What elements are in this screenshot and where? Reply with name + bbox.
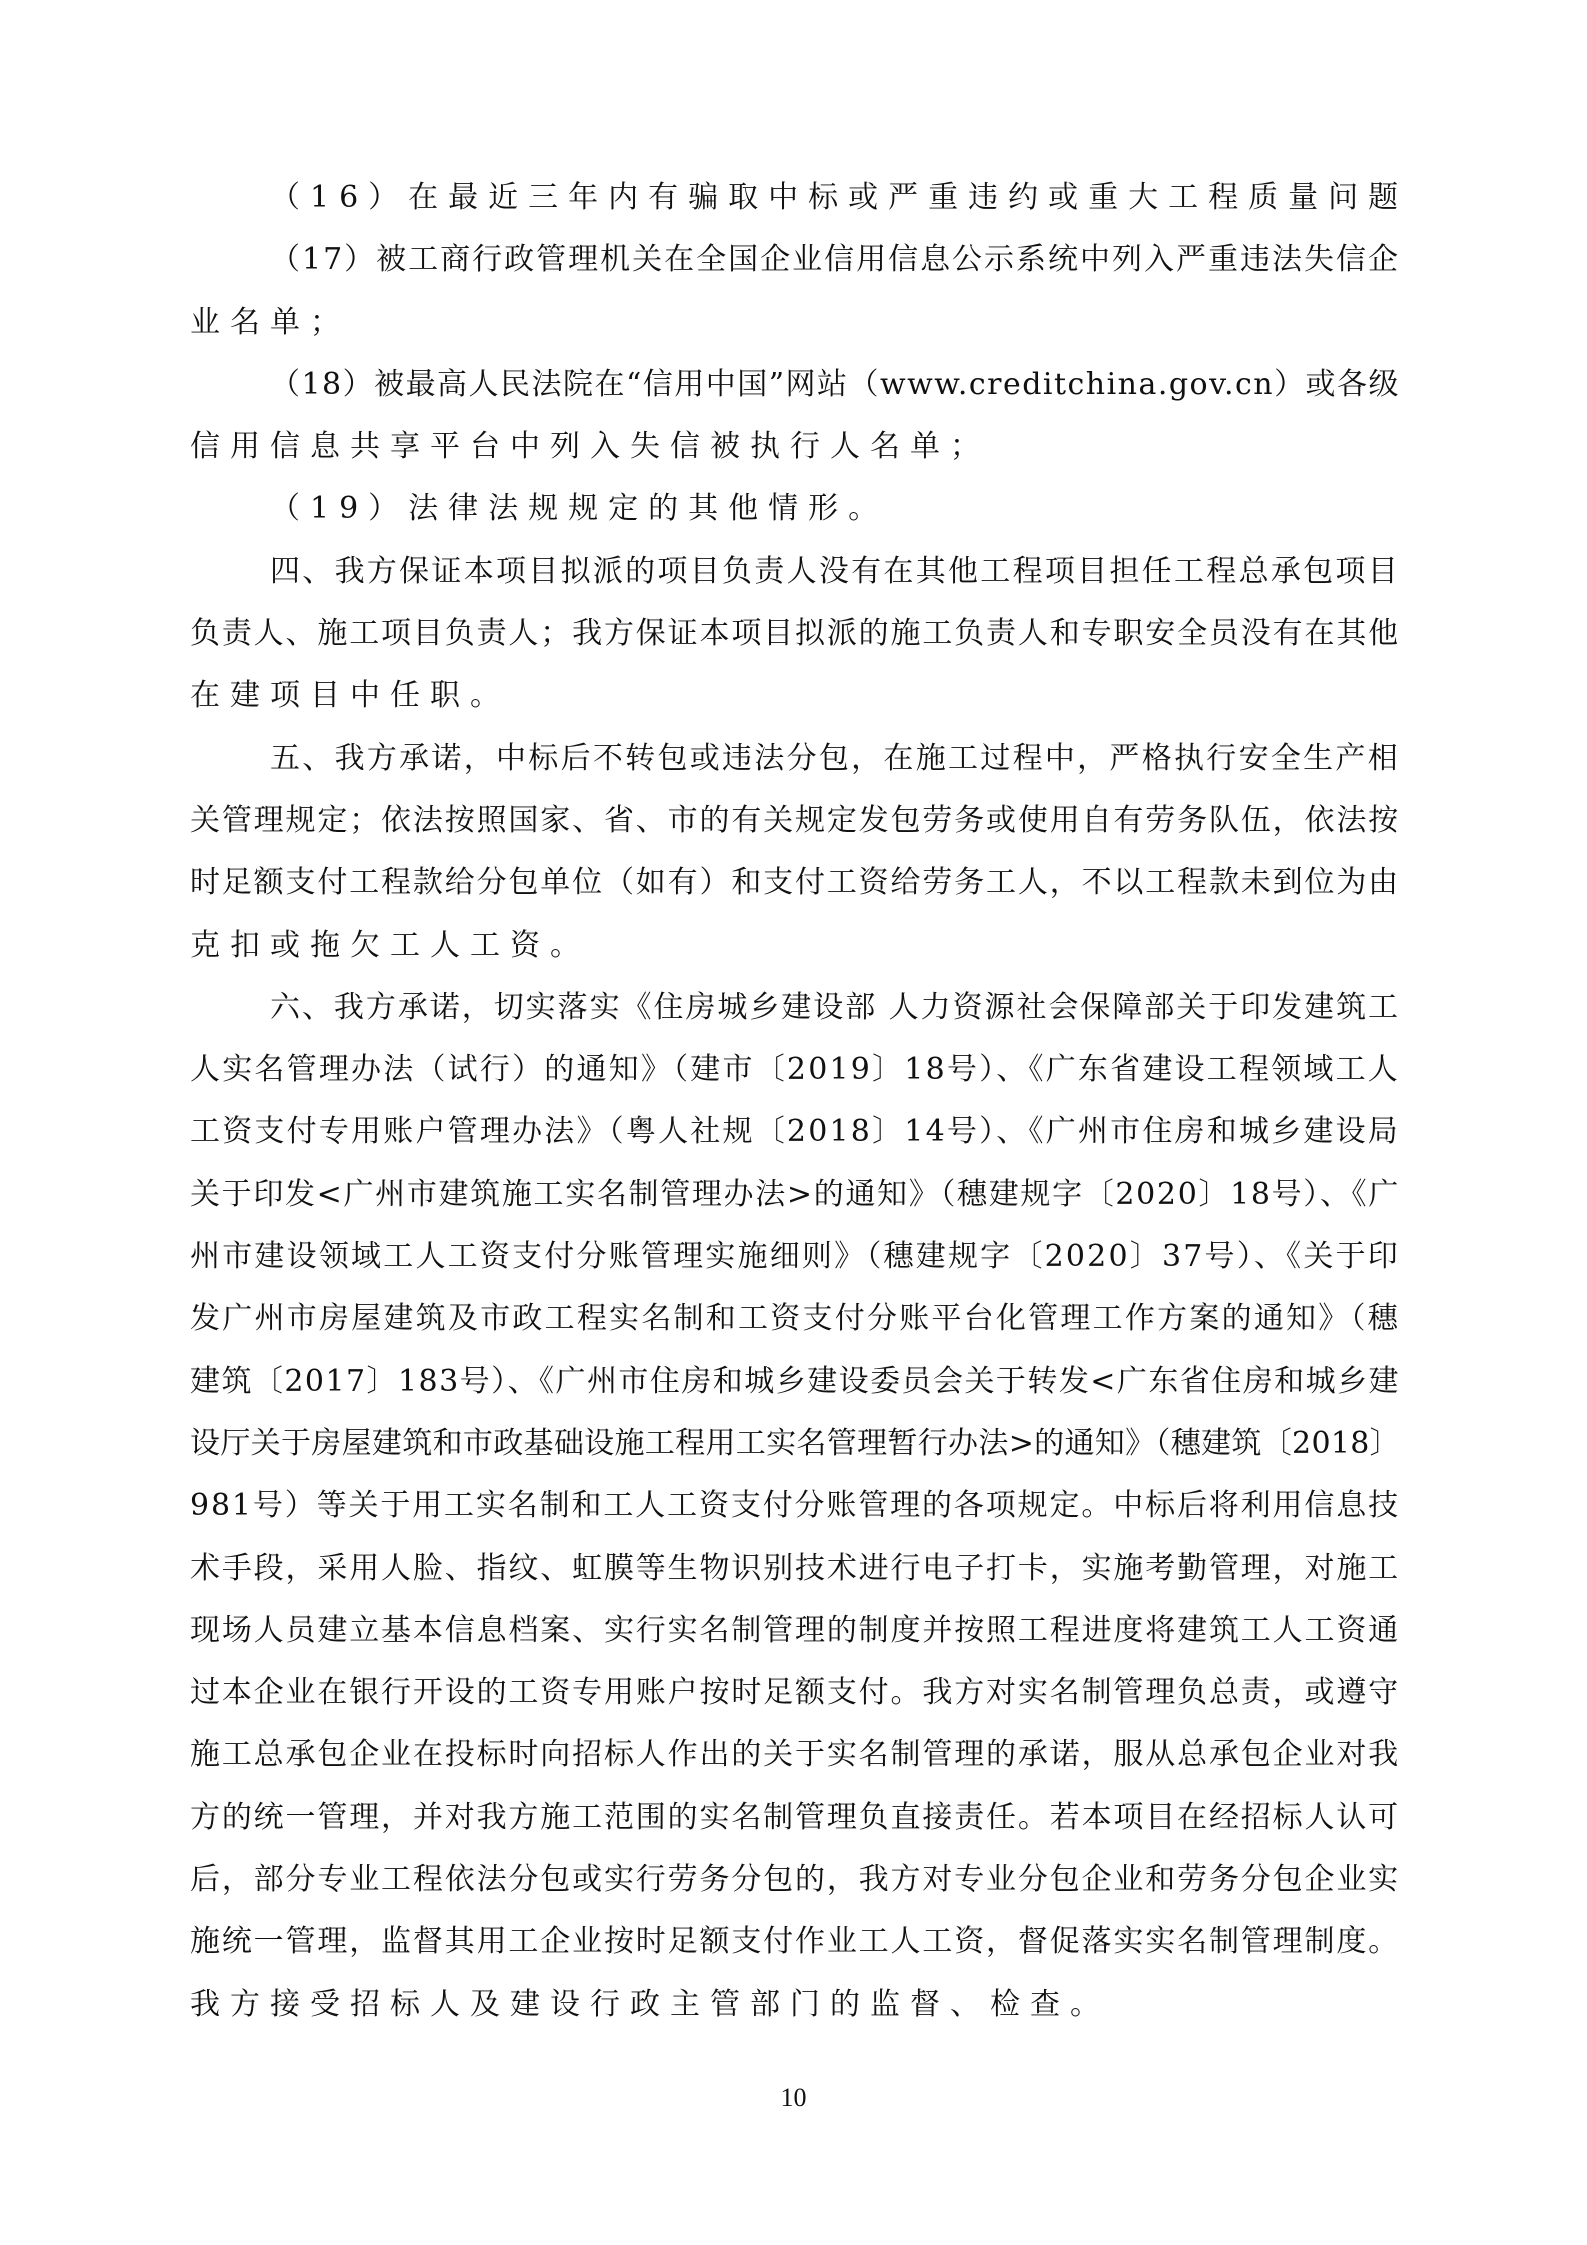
text-line: 981号）等关于用工实名制和工人工资支付分账管理的各项规定。中标后将利用信息技 [190,1475,1400,1537]
text-line: 建筑〔2017〕183号）、《广州市住房和城乡建设委员会关于转发<广东省住房和城… [190,1351,1400,1413]
paragraph-item-18: （18）被最高人民法院在“信用中国”网站（www.creditchina.gov… [190,354,1400,479]
text-line: 克扣或拖欠工人工资。 [190,915,1400,977]
text-line: 关管理规定；依法按照国家、省、市的有关规定发包劳务或使用自有劳务队伍，依法按 [190,790,1400,852]
text-line: 四、我方保证本项目拟派的项目负责人没有在其他工程项目担任工程总承包项目 [190,541,1400,603]
document-body: （16）在最近三年内有骗取中标或严重违约或重大工程质量问题的； （17）被工商行… [190,167,1400,2036]
text-line: 后，部分专业工程依法分包或实行劳务分包的，我方对专业分包企业和劳务分包企业实 [190,1849,1400,1911]
text-line: 过本企业在银行开设的工资专用账户按时足额支付。我方对实名制管理负总责，或遵守 [190,1662,1400,1724]
paragraph-section-4: 四、我方保证本项目拟派的项目负责人没有在其他工程项目担任工程总承包项目 负责人、… [190,541,1400,728]
text-line: 关于印发<广州市建筑施工实名制管理办法>的通知》（穗建规字〔2020〕18号）、… [190,1164,1400,1226]
paragraph-section-5: 五、我方承诺，中标后不转包或违法分包，在施工过程中，严格执行安全生产相 关管理规… [190,728,1400,977]
text-line: 业名单； [190,292,1400,354]
text-line: 发广州市房屋建筑及市政工程实名制和工资支付分账平台化管理工作方案的通知》（穗 [190,1288,1400,1350]
paragraph-section-6: 六、我方承诺，切实落实《住房城乡建设部 人力资源社会保障部关于印发建筑工 人实名… [190,977,1400,2036]
text-line: 信用信息共享平台中列入失信被执行人名单； [190,416,1400,478]
text-line: 负责人、施工项目负责人；我方保证本项目拟派的施工负责人和专职安全员没有在其他 [190,603,1400,665]
text-line: 方的统一管理，并对我方施工范围的实名制管理负直接责任。若本项目在经招标人认可 [190,1787,1400,1849]
text-line: 六、我方承诺，切实落实《住房城乡建设部 人力资源社会保障部关于印发建筑工 [190,977,1400,1039]
text-line: 术手段，采用人脸、指纹、虹膜等生物识别技术进行电子打卡，实施考勤管理，对施工 [190,1538,1400,1600]
text-line: 工资支付专用账户管理办法》（粤人社规〔2018〕14号）、《广州市住房和城乡建设… [190,1101,1400,1163]
text-line: 州市建设领域工人工资支付分账管理实施细则》（穗建规字〔2020〕37号）、《关于… [190,1226,1400,1288]
page-number: 10 [0,2083,1587,2113]
text-line: （19）法律法规规定的其他情形。 [190,478,1400,540]
paragraph-item-17: （17）被工商行政管理机关在全国企业信用信息公示系统中列入严重违法失信企 业名单… [190,229,1400,354]
text-line: 人实名管理办法（试行）的通知》（建市〔2019〕18号）、《广东省建设工程领域工… [190,1039,1400,1101]
text-line: 施工总承包企业在投标时向招标人作出的关于实名制管理的承诺，服从总承包企业对我 [190,1724,1400,1786]
text-line: （16）在最近三年内有骗取中标或严重违约或重大工程质量问题的； [190,167,1400,229]
text-line: 施统一管理，监督其用工企业按时足额支付作业工人工资，督促落实实名制管理制度。 [190,1911,1400,1973]
text-line: 设厅关于房屋建筑和市政基础设施工程用工实名管理暂行办法>的通知》（穗建筑〔201… [190,1413,1400,1475]
text-line: 五、我方承诺，中标后不转包或违法分包，在施工过程中，严格执行安全生产相 [190,728,1400,790]
text-line: 在建项目中任职。 [190,665,1400,727]
text-line: 现场人员建立基本信息档案、实行实名制管理的制度并按照工程进度将建筑工人工资通 [190,1600,1400,1662]
text-line: （18）被最高人民法院在“信用中国”网站（www.creditchina.gov… [190,354,1400,416]
text-line: 时足额支付工程款给分包单位（如有）和支付工资给劳务工人，不以工程款未到位为由 [190,852,1400,914]
text-line: （17）被工商行政管理机关在全国企业信用信息公示系统中列入严重违法失信企 [190,229,1400,291]
text-line: 我方接受招标人及建设行政主管部门的监督、检查。 [190,1974,1400,2036]
paragraph-item-19: （19）法律法规规定的其他情形。 [190,478,1400,540]
paragraph-item-16: （16）在最近三年内有骗取中标或严重违约或重大工程质量问题的； [190,167,1400,229]
